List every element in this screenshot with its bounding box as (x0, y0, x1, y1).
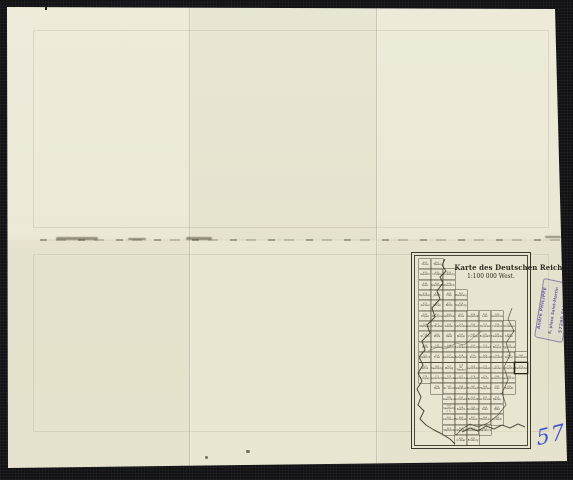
index-grid-cell: 475Aachen (419, 300, 431, 310)
index-grid-cell: 458Heinsberg (419, 290, 431, 300)
index-grid-cell: 606Molsheim (455, 414, 467, 424)
index-grid-cell: 477Brühl (443, 300, 455, 310)
index-grid-cell: 588Rastatt (503, 383, 515, 393)
index-grid-cell: 577Saarbrücken (455, 373, 467, 383)
index-grid-cell: 607Erstein (467, 414, 479, 424)
index-grid-cell: 600Kehl (479, 404, 491, 414)
index-grid-cell: 586Hagenau (479, 383, 491, 393)
crease-smudge (128, 238, 146, 240)
index-grid-cell: 585Rohrbach (467, 383, 479, 393)
crease-smudge (545, 236, 561, 238)
index-grid-cell: 423Crefeld (431, 269, 443, 279)
paper-sheet: Karte des Deutschen Reiches 1:100 000 We… (0, 0, 573, 480)
index-grid-cell: 601Bühl (491, 404, 503, 414)
index-grid-cell: 615Emmendingen (467, 425, 479, 435)
index-grid-cell: 621Colmar (455, 435, 467, 445)
index-grid-cell: 559Kusel (467, 352, 479, 362)
index-grid-cell: 555Diekirch (419, 352, 431, 362)
show-through-neatline-top (33, 30, 549, 228)
sheet-index-diagram: Karte des Deutschen Reiches 1:100 000 We… (411, 252, 531, 449)
index-grid-cell: 476Düren (431, 300, 443, 310)
index-grid-cell: 580Weißenburg (491, 373, 503, 383)
index-grid-cell: 579Bitsch (479, 373, 491, 383)
index-grid-cell: 498Königswinter (467, 311, 479, 321)
index-grid-cell: 405Wesel (431, 259, 443, 269)
index-grid-cell: 560Kaiserslautern (479, 352, 491, 362)
index-grid-cell: 597Saarburg i. L. (443, 404, 455, 414)
index-grid-cell: 541Mayen (455, 331, 467, 341)
index-grid-cell: 587Sulz (491, 383, 503, 393)
index-grid-cell: 556Trier (431, 352, 443, 362)
index-grid-cell: 499Linz (479, 311, 491, 321)
index-grid-cell: 599Straßburg (467, 404, 479, 414)
edge-notch (45, 0, 47, 10)
index-grid-cell: 578Saargemünd (467, 373, 479, 383)
index-grid-cell: 566Saarburg (431, 363, 443, 373)
index-grid-cell: 613Markirch (443, 425, 455, 435)
index-grid-cell: 424Duisburg (443, 269, 455, 279)
index-grid-cell: 609Wolfach (491, 414, 503, 424)
index-grid-cell: 576Saarlouis (443, 373, 455, 383)
index-grid-cell: 584Falkenberg (455, 383, 467, 393)
index-grid-cell: 598Zabern (455, 404, 467, 414)
index-grid-cell: 622Freiburg (467, 435, 479, 445)
index-grid-cell: 592Bischweiler (479, 394, 491, 404)
index-grid-cell: 543Boppard (479, 331, 491, 341)
index-grid-cell: 563Mannheim (515, 352, 527, 362)
index-grid-cell: 581Lauterburg (503, 373, 515, 383)
index-grid-cell: 538St. Vith (419, 331, 431, 341)
index-grid-cell: 522Coblenz (491, 321, 503, 331)
index-grid-cell: 545Mainz (503, 331, 515, 341)
index-grid-cell: 614Schlettstadt (455, 425, 467, 435)
index-grid-cell: 440Venlo (419, 280, 431, 290)
index-grid-cell: 422Geldern (419, 269, 431, 279)
index-grid-cell: 582Metz (431, 383, 443, 393)
index-grid-cell: 565Arlon (419, 363, 431, 373)
index-grid-cell-highlighted: 573Karlsruhe (515, 363, 527, 373)
index-grid-cell: 461Bensberg (455, 290, 467, 300)
index-grid-cell: 442Düsseldorf (443, 280, 455, 290)
index-grid-cell: 552Bingen (491, 342, 503, 352)
index-grid-cell: 558Birkenfeld (455, 352, 467, 362)
index-grid-cell: 549Bernkastel (455, 342, 467, 352)
index-grid-cell: 590Buchsweiler (455, 394, 467, 404)
index-grid-cell: 495Montjoie (431, 311, 443, 321)
index-grid-cell: 546Wiltz (419, 342, 431, 352)
index-grid-cell: 547Neuerburg (431, 342, 443, 352)
index-grid-cell: 516Malmedy (419, 321, 431, 331)
index-grid-cell: 441Gladbach (431, 280, 443, 290)
scanned-map-sheet: Karte des Deutschen Reiches 1:100 000 We… (0, 0, 573, 480)
index-grid-cell: 589Saarunion (443, 394, 455, 404)
index-grid-cell: 562Speyer (503, 352, 515, 362)
index-grid-cell: 494Eupen (419, 311, 431, 321)
index-grid-cell: 497Bonn (455, 311, 467, 321)
index-grid-cell: 550Simmern (467, 342, 479, 352)
index-grid-cell: 551Kreuznach (479, 342, 491, 352)
index-grid-cell: 574Longwy (419, 373, 431, 383)
index-grid-cell: 542Cochem (467, 331, 479, 341)
index-grid-cell: 548Wittlich (443, 342, 455, 352)
index-grid-cell: 404Cleve (419, 259, 431, 269)
vertical-fold-line-right (376, 7, 378, 468)
index-grid-cell: 496Euskirchen (443, 311, 455, 321)
index-grid-cell: 569Zweibrücken (467, 363, 479, 373)
index-grid-cell: 459Jülich (431, 290, 443, 300)
index-grid-cell: 500Altenkirchen (491, 311, 503, 321)
crease-smudge (56, 237, 98, 240)
index-grid-cell: 608Offenburg (479, 414, 491, 424)
paper-speck (246, 450, 250, 453)
index-grid-cell: 539Prüm (431, 331, 443, 341)
index-grid-cell: 605Schirmeck (443, 414, 455, 424)
index-grid-cell: 583St. Avold (443, 383, 455, 393)
index-grid-cell: 553Oppenheim (503, 342, 515, 352)
index-grid-cell: 616Waldkirch (479, 425, 491, 435)
sheet-grid: 404Cleve405Wesel422Geldern423Crefeld424D… (412, 253, 532, 450)
index-grid-cell: 478Siegburg (455, 300, 467, 310)
paper-speck (205, 456, 208, 459)
crease-smudge (186, 237, 212, 240)
index-grid-cell: 520Andernach (467, 321, 479, 331)
index-grid-cell: 570Pirmasens (479, 363, 491, 373)
index-grid-cell: 571Landau (491, 363, 503, 373)
horizontal-fold-crease (40, 239, 560, 241)
index-grid-cell: 572Germersheim (503, 363, 515, 373)
index-grid-cell: 521Neuwied (479, 321, 491, 331)
index-grid-cell: 567Merzig (443, 363, 455, 373)
index-grid-cell: 575Diedenhofen (431, 373, 443, 383)
index-grid-cell: 593Baden (491, 394, 503, 404)
index-grid-cell: 544Wiesbaden (491, 331, 503, 341)
index-grid-cell: 518Adenau (443, 321, 455, 331)
index-grid-cell: 540Daun (443, 331, 455, 341)
index-grid-cell: 557Hermeskeil (443, 352, 455, 362)
index-grid-cell: 519Ahrweiler (455, 321, 467, 331)
index-grid-cell: 523Montabaur (503, 321, 515, 331)
index-grid-cell: 561Neustadt (491, 352, 503, 362)
index-grid-cell: 460Cöln (443, 290, 455, 300)
index-grid-cell: 517Schleiden (431, 321, 443, 331)
index-grid-cell: 568St. Wendel (455, 363, 467, 373)
index-grid-cell: 591Brumath (467, 394, 479, 404)
